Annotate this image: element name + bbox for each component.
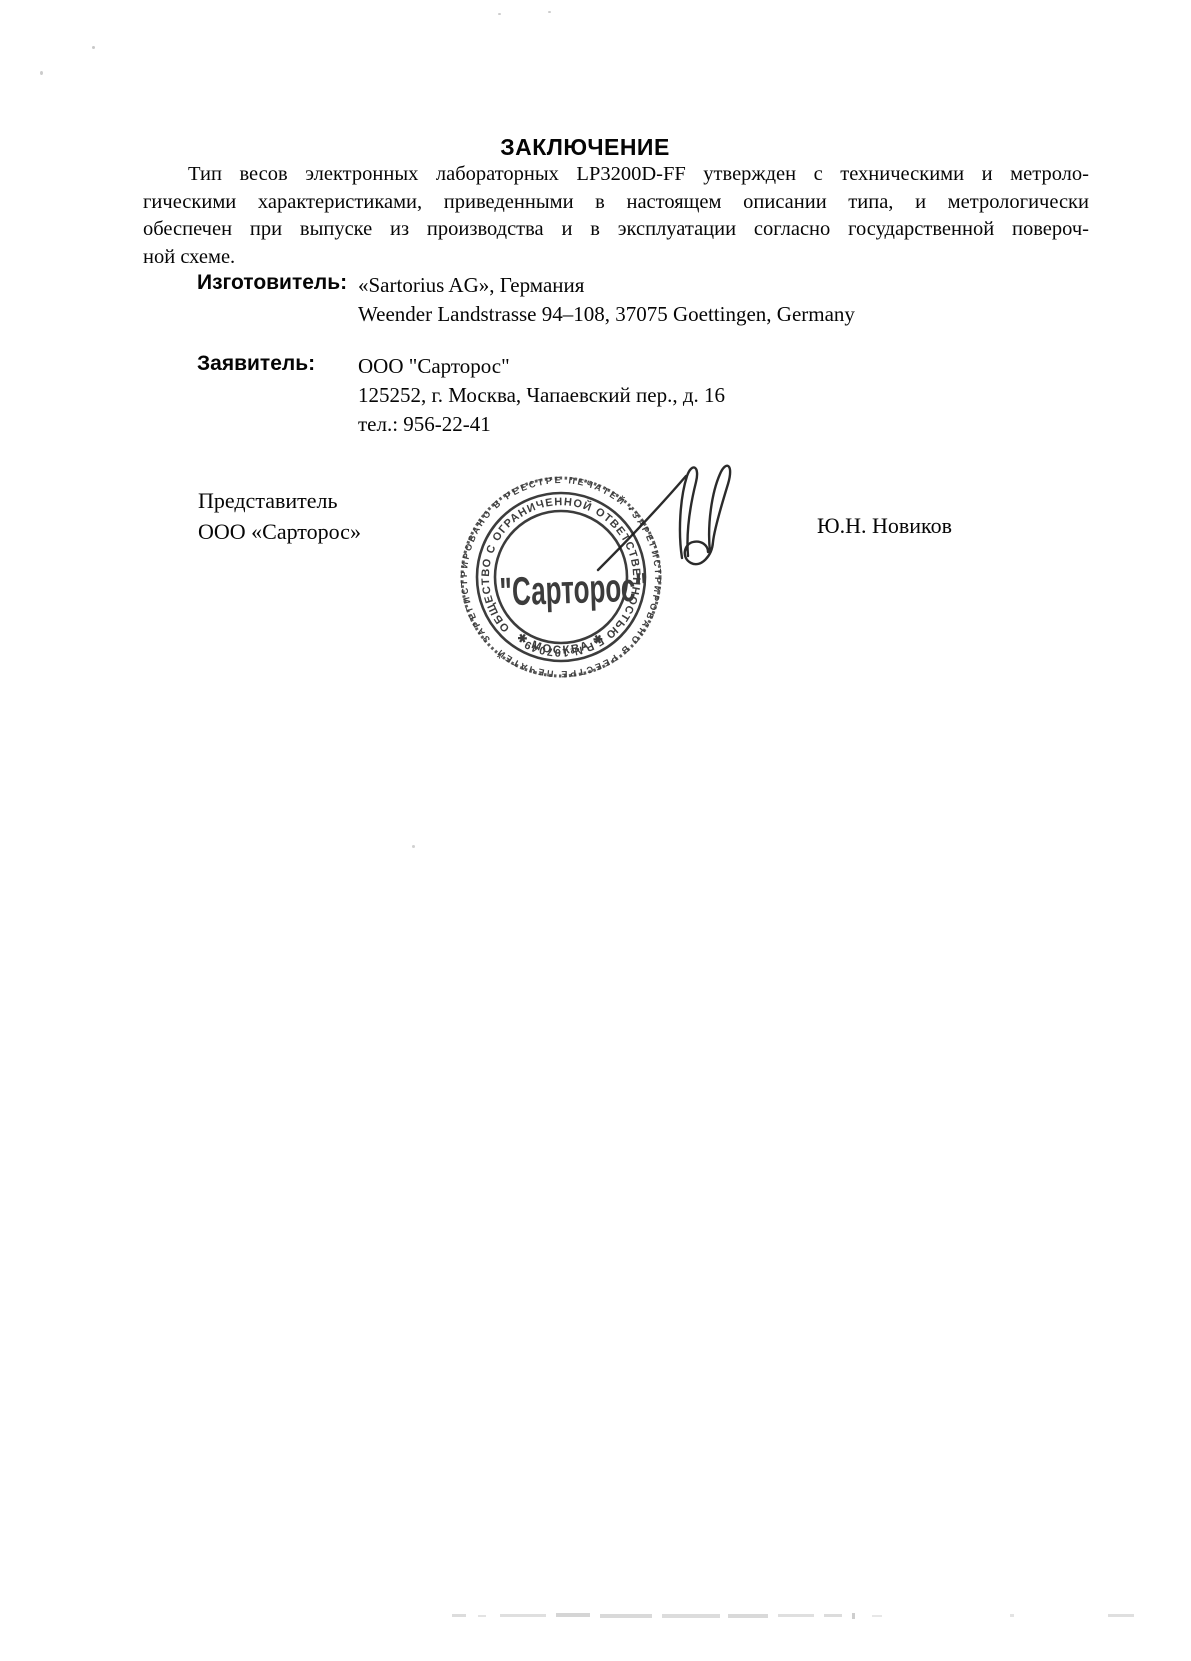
scan-noise-segment — [824, 1614, 842, 1617]
scan-noise-segment — [662, 1614, 720, 1618]
paragraph-line: обеспечен при выпуске из производства и … — [143, 216, 1089, 244]
scan-noise-segment — [1010, 1614, 1014, 1617]
stamp-center-text: "Сарторос" — [499, 565, 648, 614]
paragraph-line: ной схеме. — [143, 244, 1089, 272]
scan-noise-segment — [852, 1613, 855, 1619]
scan-speck — [548, 11, 551, 13]
applicant-label: Заявитель: — [197, 352, 315, 376]
applicant-name: ООО "Сарторос" — [358, 352, 725, 381]
manufacturer-address: Weender Landstrasse 94–108, 37075 Goetti… — [358, 300, 855, 329]
document-title: ЗАКЛЮЧЕНИЕ — [0, 134, 1170, 161]
scan-noise-segment — [556, 1613, 590, 1617]
manufacturer-label: Изготовитель: — [197, 271, 347, 295]
scan-noise-segment — [1108, 1614, 1134, 1617]
signature-scribble — [598, 466, 730, 570]
applicant-address: 125252, г. Москва, Чапаевский пер., д. 1… — [358, 381, 725, 410]
representative-company: ООО «Сарторос» — [198, 517, 361, 548]
scan-speck — [498, 13, 501, 15]
scan-speck — [92, 46, 95, 49]
scan-noise-segment — [452, 1614, 466, 1617]
signatory-name: Ю.Н. Новиков — [817, 513, 952, 539]
scan-noise-segment — [500, 1614, 546, 1617]
manufacturer-value: «Sartorius AG», Германия Weender Landstr… — [358, 271, 855, 329]
manufacturer-name: «Sartorius AG», Германия — [358, 271, 855, 300]
scanned-document-page: ЗАКЛЮЧЕНИЕ Тип весов электронных лаборат… — [0, 0, 1191, 1661]
body-paragraph: Тип весов электронных лабораторных LP320… — [143, 161, 1089, 271]
scan-noise-segment — [600, 1614, 652, 1618]
scan-speck — [40, 71, 43, 75]
scan-noise-segment — [872, 1615, 882, 1617]
scan-noise-segment — [778, 1614, 814, 1617]
company-stamp: ЗАРЕГИСТРИРОВАНО В РЕЕСТРЕ ПЕЧАТЕЙ • ЗАР… — [420, 420, 760, 720]
representative-role: Представитель — [198, 486, 361, 517]
paragraph-line: гическими характеристиками, приведенными… — [143, 189, 1089, 217]
paragraph-line: Тип весов электронных лабораторных LP320… — [143, 161, 1089, 189]
scan-speck — [412, 845, 415, 848]
scan-noise-segment — [478, 1615, 486, 1617]
representative-block: Представитель ООО «Сарторос» — [198, 486, 361, 547]
scan-noise-segment — [728, 1614, 768, 1618]
